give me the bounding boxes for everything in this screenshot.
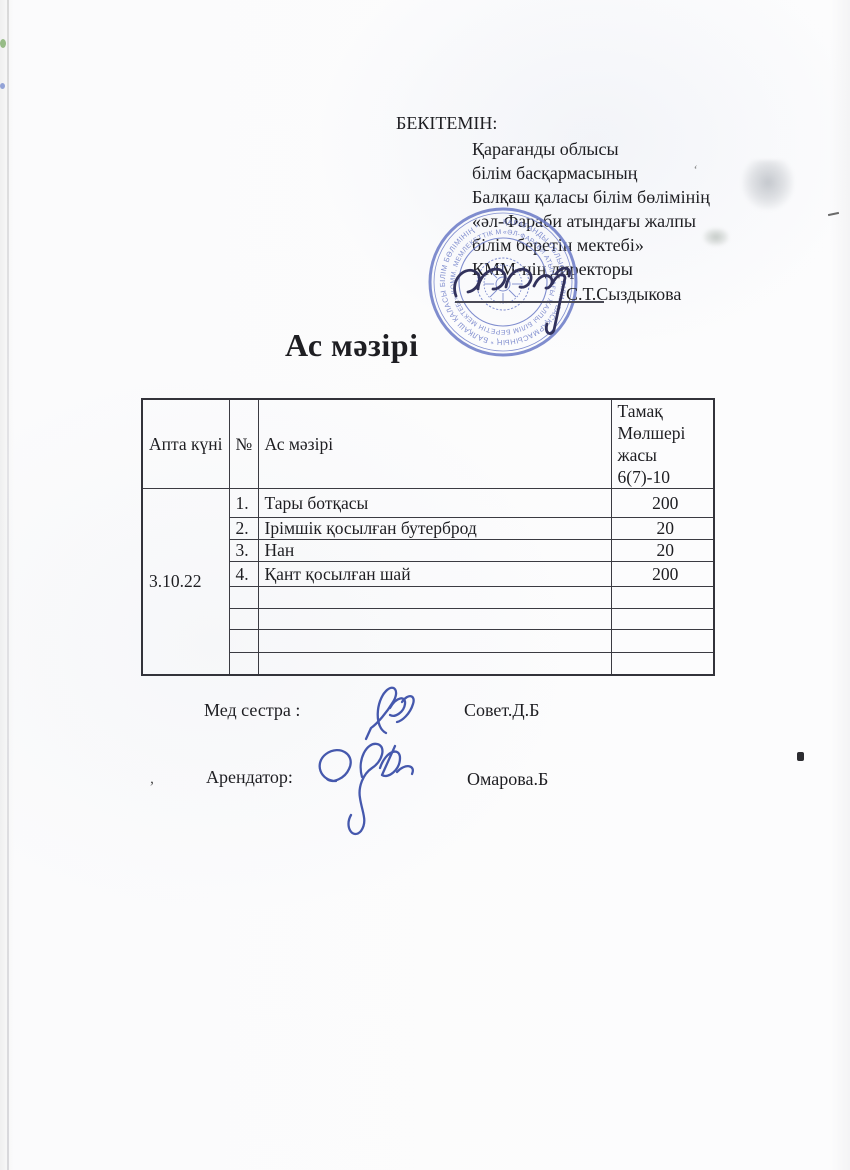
row-amount: 20	[611, 540, 714, 562]
header-amount: Тамақ Мөлшері жасы 6(7)-10	[611, 399, 714, 489]
page-edge-shadow	[7, 0, 9, 1170]
eraser-smudge	[742, 160, 794, 210]
row-item: Ірімшік қосылған бутерброд	[258, 518, 611, 540]
row-amount: 200	[611, 562, 714, 587]
row-item: Қант қосылған шай	[258, 562, 611, 587]
date-cell: 3.10.22	[142, 489, 229, 675]
row-num: 4.	[229, 562, 258, 587]
row-amount: 20	[611, 518, 714, 540]
blue-speck	[0, 83, 5, 89]
row-amount: 200	[611, 489, 714, 518]
table-row: 3.10.22 1. Тары ботқасы 200	[142, 489, 714, 518]
row-num: 1.	[229, 489, 258, 518]
header-num: №	[229, 399, 258, 489]
director-name: С.Т.Сыздыкова	[566, 284, 681, 305]
header-menu: Ас мәзірі	[258, 399, 611, 489]
row-num: 3.	[229, 540, 258, 562]
pen-dash-mark	[828, 212, 839, 216]
header-day: Апта күні	[142, 399, 229, 489]
approval-heading: БЕКІТЕМІН:	[396, 113, 497, 134]
stray-comma: ,	[150, 770, 154, 788]
nurse-label: Мед сестра :	[204, 700, 300, 721]
document-title: Ас мәзірі	[285, 327, 418, 364]
green-speck	[0, 39, 6, 48]
menu-table: Апта күні № Ас мәзірі Тамақ Мөлшері жасы…	[141, 398, 715, 676]
tenant-name: Омарова.Б	[467, 769, 548, 790]
row-item: Тары ботқасы	[258, 489, 611, 518]
tenant-label: Арендатор:	[206, 767, 293, 788]
scanned-document-page: ʻ БЕКІТЕМІН: Қарағанды облысы білім басқ…	[0, 0, 850, 1170]
table-header-row: Апта күні № Ас мәзірі Тамақ Мөлшері жасы…	[142, 399, 714, 489]
ink-dot	[797, 752, 804, 761]
row-num: 2.	[229, 518, 258, 540]
nurse-name: Совет.Д.Б	[464, 700, 540, 721]
tenant-signature	[302, 735, 447, 840]
nurse-signature	[352, 681, 427, 743]
row-item: Нан	[258, 540, 611, 562]
